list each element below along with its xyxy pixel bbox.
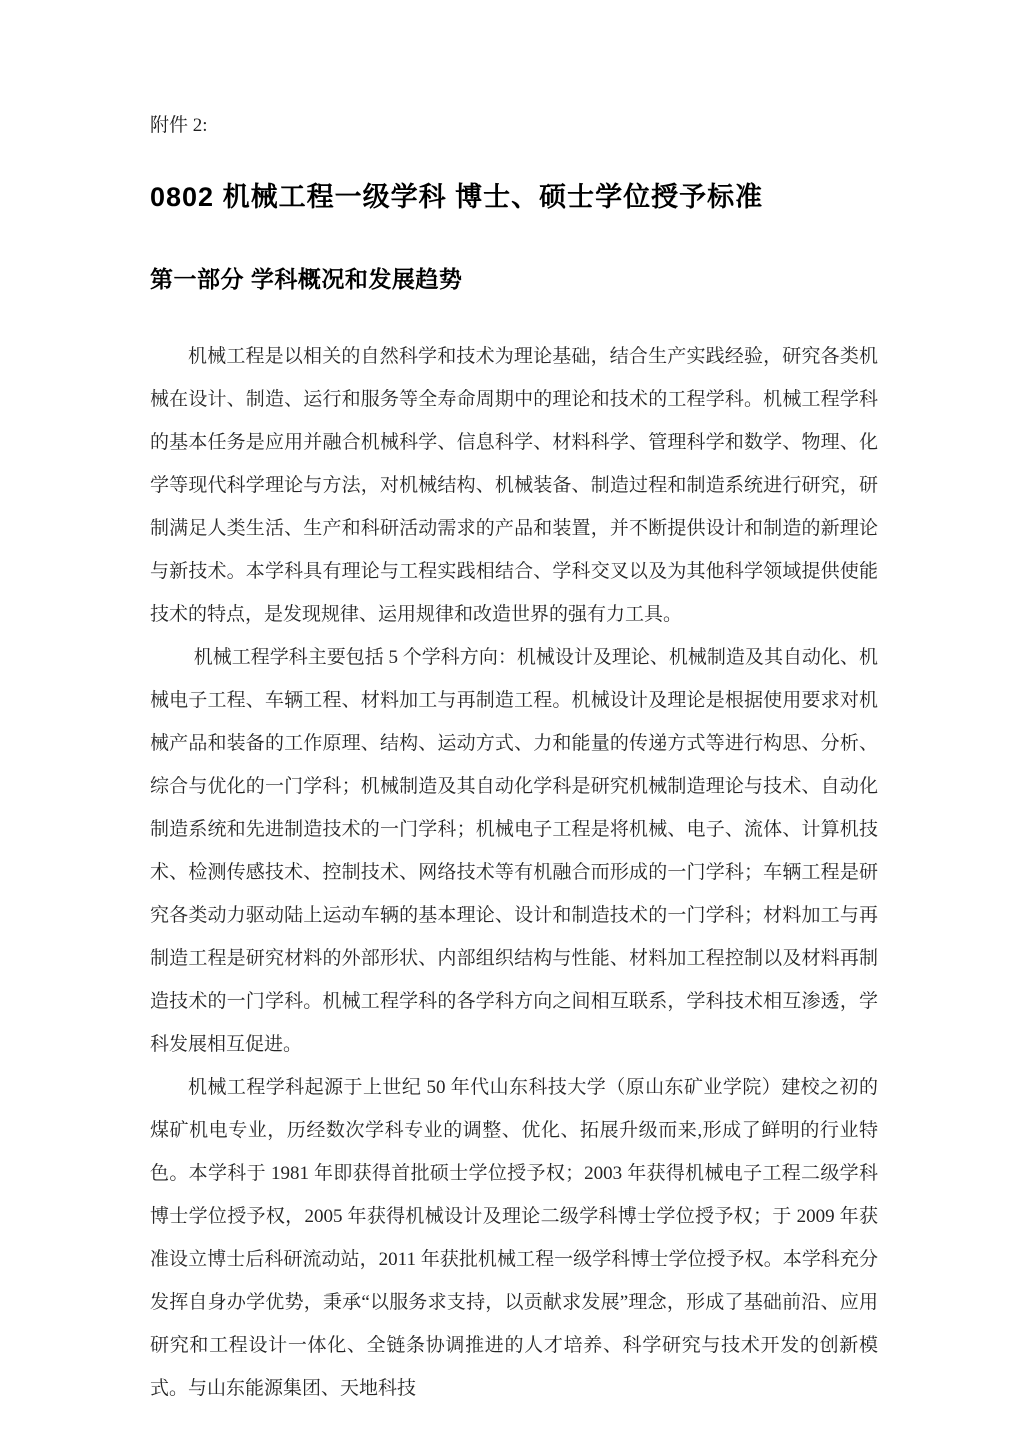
paragraph-directions: 机械工程学科主要包括 5 个学科方向：机械设计及理论、机械制造及其自动化、机械电…	[150, 636, 878, 1066]
section-heading: 第一部分 学科概况和发展趋势	[150, 266, 878, 293]
body-text: 机械工程是以相关的自然科学和技术为理论基础，结合生产实践经验，研究各类机械在设计…	[150, 335, 878, 1410]
document-title: 0802 机械工程一级学科 博士、硕士学位授予标准	[150, 182, 878, 212]
attachment-label: 附件 2:	[150, 0, 878, 138]
document-page: 附件 2: 0802 机械工程一级学科 博士、硕士学位授予标准 第一部分 学科概…	[0, 0, 1024, 1448]
paragraph-history: 机械工程学科起源于上世纪 50 年代山东科技大学（原山东矿业学院）建校之初的煤矿…	[150, 1066, 878, 1410]
page-content: 附件 2: 0802 机械工程一级学科 博士、硕士学位授予标准 第一部分 学科概…	[0, 0, 1024, 1410]
paragraph-overview: 机械工程是以相关的自然科学和技术为理论基础，结合生产实践经验，研究各类机械在设计…	[150, 335, 878, 636]
